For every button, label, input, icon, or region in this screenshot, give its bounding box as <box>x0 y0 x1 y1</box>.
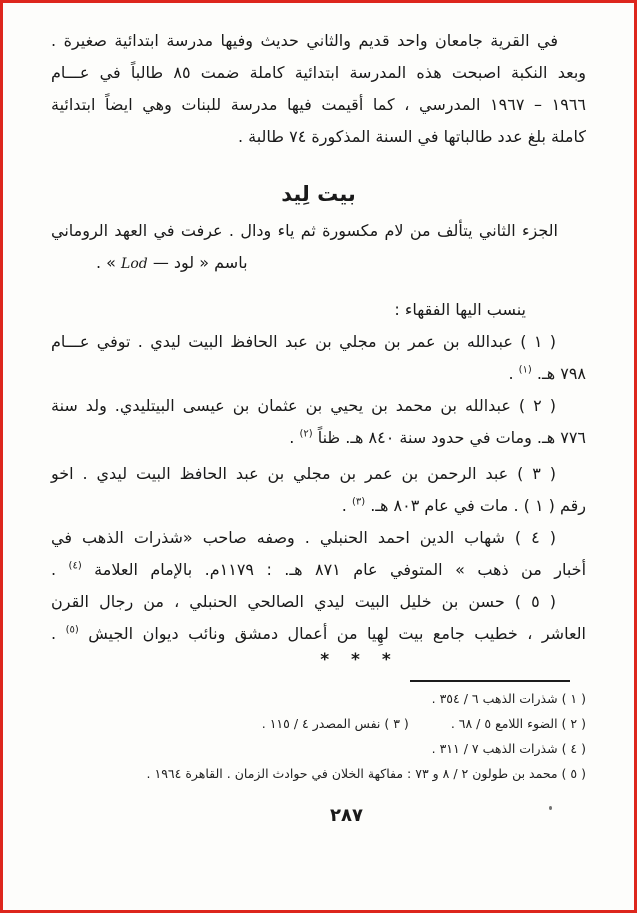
footnote-ref-3: (٣) <box>352 497 365 508</box>
scholar-entry-2: ( ٢ ) عبدالله بن محمد بن يحيي بن عثمان ب… <box>51 390 586 454</box>
intro-line-1: في القرية جامعان واحد قديم والثاني حديث … <box>51 25 586 57</box>
scholar-entry-3: ( ٣ ) عبد الرحمن بن عمر بن مجلي بن عبد ا… <box>51 458 586 522</box>
roman-name-post: » . <box>96 253 121 272</box>
footnote-4: ( ٤ ) شذرات الذهب ٧ / ٣١١ . <box>51 736 586 761</box>
page-frame: في القرية جامعان واحد قديم والثاني حديث … <box>0 0 637 913</box>
scholar-3-line-2: رقم ( ١ ) . مات في عام ٨٠٣ هـ. (٣) . <box>51 490 586 522</box>
section-separator: * * * <box>92 648 627 672</box>
scholar-2-line-1: ( ٢ ) عبدالله بن محمد بن يحيي بن عثمان ب… <box>51 390 586 422</box>
scholar-1-line-1: ( ١ ) عبدالله بن عمر بن مجلي بن عبد الحا… <box>51 326 586 358</box>
intro-line-3: ١٩٦٦ – ١٩٦٧ المدرسي ، كما أقيمت فيها مدر… <box>51 89 586 121</box>
roman-name-line: باسم « لود — Lod » . <box>51 247 586 280</box>
lead-in-line: ينسب اليها الفقهاء : <box>51 294 586 326</box>
footnote-ref-2: (٢) <box>299 429 312 440</box>
scholar-5-line-1: ( ٥ ) حسن بن خليل البيت ليدي الصالحي الح… <box>51 586 586 618</box>
scholar-4-line-2: أخبار من ذهب » المتوفي عام ٨٧١ هـ. : ١١٧… <box>51 554 586 586</box>
footnote-ref-1: (١) <box>519 365 532 376</box>
scholar-entry-1: ( ١ ) عبدالله بن عمر بن مجلي بن عبد الحا… <box>51 326 586 390</box>
scholar-entry-4: ( ٤ ) شهاب الدين احمد الحنبلي . وصفه صاح… <box>51 522 586 586</box>
scholar-entry-5: ( ٥ ) حسن بن خليل البيت ليدي الصالحي الح… <box>51 586 586 650</box>
scholar-3-line-1: ( ٣ ) عبد الرحمن بن عمر بن مجلي بن عبد ا… <box>51 458 586 490</box>
scholar-2-line-2: ٧٧٦ هـ. ومات في حدود سنة ٨٤٠ هـ. ظناً (٢… <box>51 422 586 454</box>
intro-line-4: كاملة بلغ عدد طالباتها في السنة المذكورة… <box>51 121 586 153</box>
section-intro-paragraph: الجزء الثاني يتألف من لام مكسورة ثم ياء … <box>51 215 586 280</box>
scholar-1-line-2: ٧٩٨ هـ. (١) . <box>51 358 586 390</box>
footnote-2: ( ٢ ) الضوء اللامع ٥ / ٦٨ . <box>451 711 586 736</box>
footnote-row-2-3: ( ٢ ) الضوء اللامع ٥ / ٦٨ . ( ٣ ) نفس ال… <box>51 711 586 736</box>
footnote-divider <box>410 680 570 682</box>
etymology-line: الجزء الثاني يتألف من لام مكسورة ثم ياء … <box>51 215 586 247</box>
footnote-3: ( ٣ ) نفس المصدر ٤ / ١١٥ . <box>262 711 409 736</box>
footnote-5: ( ٥ ) محمد بن طولون ٢ / ٨ و ٧٣ : مفاكهة … <box>51 761 586 786</box>
section-title: بيت لِيد <box>51 179 586 209</box>
footnote-ref-5: (٥) <box>66 625 79 636</box>
scholar-4-line-1: ( ٤ ) شهاب الدين احمد الحنبلي . وصفه صاح… <box>51 522 586 554</box>
footnote-1: ( ١ ) شذرات الذهب ٦ / ٣٥٤ . <box>51 686 586 711</box>
footnote-ref-4: (٤) <box>69 561 82 572</box>
scholar-5-line-2: العاشر ، خطيب جامع بيت لهِيا من أعمال دم… <box>51 618 586 650</box>
latin-name: Lod <box>121 256 148 272</box>
page-number: ٢٨٧ <box>79 800 614 832</box>
page-content: في القرية جامعان واحد قديم والثاني حديث … <box>3 3 634 832</box>
footnotes: ( ١ ) شذرات الذهب ٦ / ٣٥٤ . ( ٢ ) الضوء … <box>51 686 586 786</box>
roman-name-pre: باسم « لود — <box>148 253 248 272</box>
scan-artifact <box>549 806 552 810</box>
intro-line-2: وبعد النكبة اصبحت هذه المدرسة ابتدائية ك… <box>51 57 586 89</box>
